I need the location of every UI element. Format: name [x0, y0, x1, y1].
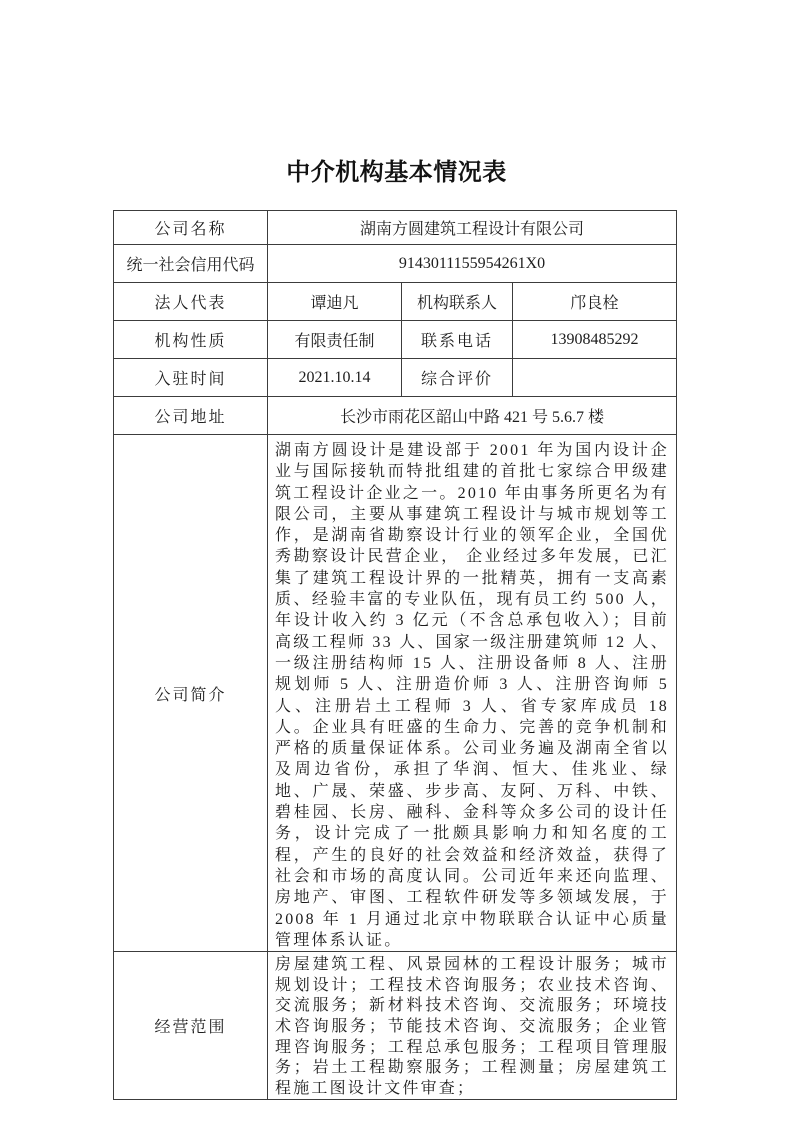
document-page: 中介机构基本情况表 公司名称 湖南方圆建筑工程设计有限公司 统一社会信用代码 9… [0, 0, 793, 1122]
company-name-value: 湖南方圆建筑工程设计有限公司 [268, 211, 677, 245]
document-title: 中介机构基本情况表 [0, 152, 793, 187]
contact-person-value: 邝良栓 [513, 283, 677, 321]
credit-code-value: 9143011155954261X0 [268, 245, 677, 283]
company-profile-text: 湖南方圆设计是建设部于 2001 年为国内设计企业与国际接轨而特批组建的首批七家… [268, 435, 677, 952]
address-value: 长沙市雨花区韶山中路 421 号 5.6.7 楼 [268, 397, 677, 435]
business-scope-text: 房屋建筑工程、风景园林的工程设计服务；城市规划设计；工程技术咨询服务；农业技术咨… [268, 952, 677, 1100]
legal-rep-label: 法人代表 [114, 283, 268, 321]
entry-date-label: 入驻时间 [114, 359, 268, 397]
phone-value: 13908485292 [513, 321, 677, 359]
phone-label: 联系电话 [402, 321, 513, 359]
business-scope-label: 经营范围 [114, 952, 268, 1100]
entry-date-value: 2021.10.14 [268, 359, 402, 397]
company-profile-label: 公司简介 [114, 435, 268, 952]
row-credit-code: 统一社会信用代码 9143011155954261X0 [114, 245, 677, 283]
company-name-label: 公司名称 [114, 211, 268, 245]
org-nature-label: 机构性质 [114, 321, 268, 359]
credit-code-label: 统一社会信用代码 [114, 245, 268, 283]
row-org-nature: 机构性质 有限责任制 联系电话 13908485292 [114, 321, 677, 359]
org-nature-value: 有限责任制 [268, 321, 402, 359]
contact-person-label: 机构联系人 [402, 283, 513, 321]
row-entry-date: 入驻时间 2021.10.14 综合评价 [114, 359, 677, 397]
rating-label: 综合评价 [402, 359, 513, 397]
row-business-scope: 经营范围 房屋建筑工程、风景园林的工程设计服务；城市规划设计；工程技术咨询服务；… [114, 952, 677, 1100]
rating-value [513, 359, 677, 397]
row-company-profile: 公司简介 湖南方圆设计是建设部于 2001 年为国内设计企业与国际接轨而特批组建… [114, 435, 677, 952]
agency-info-table: 公司名称 湖南方圆建筑工程设计有限公司 统一社会信用代码 91430111559… [113, 210, 677, 1100]
row-address: 公司地址 长沙市雨花区韶山中路 421 号 5.6.7 楼 [114, 397, 677, 435]
address-label: 公司地址 [114, 397, 268, 435]
row-company-name: 公司名称 湖南方圆建筑工程设计有限公司 [114, 211, 677, 245]
row-legal-rep: 法人代表 谭迪凡 机构联系人 邝良栓 [114, 283, 677, 321]
legal-rep-value: 谭迪凡 [268, 283, 402, 321]
